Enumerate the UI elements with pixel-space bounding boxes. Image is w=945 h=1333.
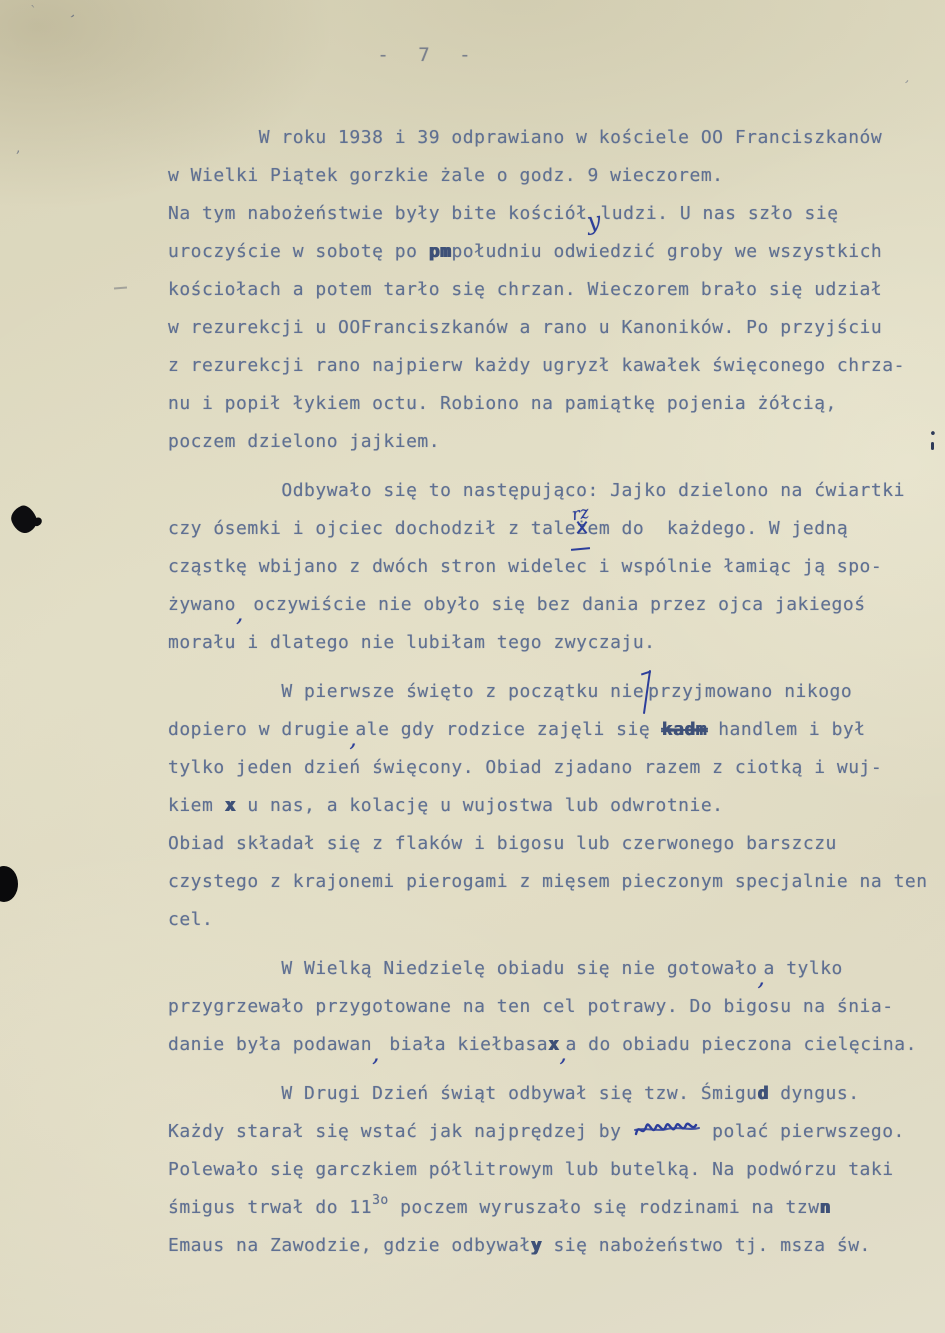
margin-mark: • bbox=[929, 428, 937, 450]
pencil-dash-mark bbox=[114, 287, 127, 290]
scanned-document-page: - 7 - W roku 1938 i 39 odprawiano w kośc… bbox=[0, 0, 945, 1333]
page-number: - 7 - bbox=[0, 44, 857, 66]
text-line: czystego z krajonemi pierogami z mięsem … bbox=[168, 863, 938, 901]
text-line: danie była podawan, biała kiełbasax,a do… bbox=[168, 1026, 938, 1064]
text-line: W Wielką Niedzielę obiadu się nie gotowa… bbox=[168, 950, 938, 988]
handwritten-correction: żrz bbox=[576, 510, 587, 548]
text-line: czy ósemki i ojciec dochodził z tależrze… bbox=[168, 510, 938, 548]
text-line: Emaus na Zawodzie, gdzie odbywały się na… bbox=[168, 1227, 938, 1265]
text-line: tylko jeden dzień święcony. Obiad zjadan… bbox=[168, 749, 938, 787]
text-line: W roku 1938 i 39 odprawiano w kościele O… bbox=[168, 119, 938, 157]
ink-blot bbox=[8, 502, 41, 536]
text-line: morału i dlatego nie lubiłam tego zwycza… bbox=[168, 624, 938, 662]
ink-speck: ˋ bbox=[30, 4, 37, 20]
text-line: z rezurekcji rano najpierw każdy ugryzł … bbox=[168, 347, 938, 385]
text-line: Każdy starał się wstać jak najprędzej by… bbox=[168, 1113, 938, 1151]
text-line: cząstkę wbijano z dwóch stron widelec i … bbox=[168, 548, 938, 586]
text-line: W pierwsze święto z początku nieprzyjmow… bbox=[168, 673, 938, 711]
handwritten-slash bbox=[644, 696, 648, 697]
punch-hole-mark bbox=[0, 866, 18, 902]
text-line: przygrzewało przygotowane na ten cel pot… bbox=[168, 988, 938, 1026]
text-line: Polewało się garczkiem półlitrowym lub b… bbox=[168, 1151, 938, 1189]
text-line: kiem x u nas, a kolację u wujostwa lub o… bbox=[168, 787, 938, 825]
text-line: Obiad składał się z flaków i bigosu lub … bbox=[168, 825, 938, 863]
text-line: poczem dzielono jajkiem. bbox=[168, 423, 938, 461]
document-text: W roku 1938 i 39 odprawiano w kościele O… bbox=[168, 108, 938, 1265]
text-line: uroczyście w sobotę po pmpołudniu odwied… bbox=[168, 233, 938, 271]
ink-speck: ’ bbox=[64, 12, 76, 28]
text-line: kościołach a potem tarło się chrzan. Wie… bbox=[168, 271, 938, 309]
text-line: w rezurekcji u OOFranciszkanów a rano u … bbox=[168, 309, 938, 347]
text-line: cel. bbox=[168, 901, 938, 939]
handwritten-insertion: y bbox=[588, 220, 601, 222]
text-line: śmigus trwał do 113o poczem wyruszało si… bbox=[168, 1189, 938, 1227]
ink-speck: ’ bbox=[900, 78, 910, 95]
text-line: Odbywało się to następująco: Jajko dziel… bbox=[168, 472, 938, 510]
text-line: dopiero w drugie,ale gdy rodzice zajęli … bbox=[168, 711, 938, 749]
handwritten-scribble bbox=[633, 1117, 701, 1139]
text-line: W Drugi Dzień świąt odbywał się tzw. Śmi… bbox=[168, 1075, 938, 1113]
ink-speck: , bbox=[16, 140, 20, 156]
text-line: Na tym nabożeństwie były bite kościółylu… bbox=[168, 195, 938, 233]
text-line: żywano, oczywiście nie obyło się bez dan… bbox=[168, 586, 938, 624]
text-line: w Wielki Piątek gorzkie żale o godz. 9 w… bbox=[168, 157, 938, 195]
text-line: nu i popił łykiem octu. Robiono na pamią… bbox=[168, 385, 938, 423]
